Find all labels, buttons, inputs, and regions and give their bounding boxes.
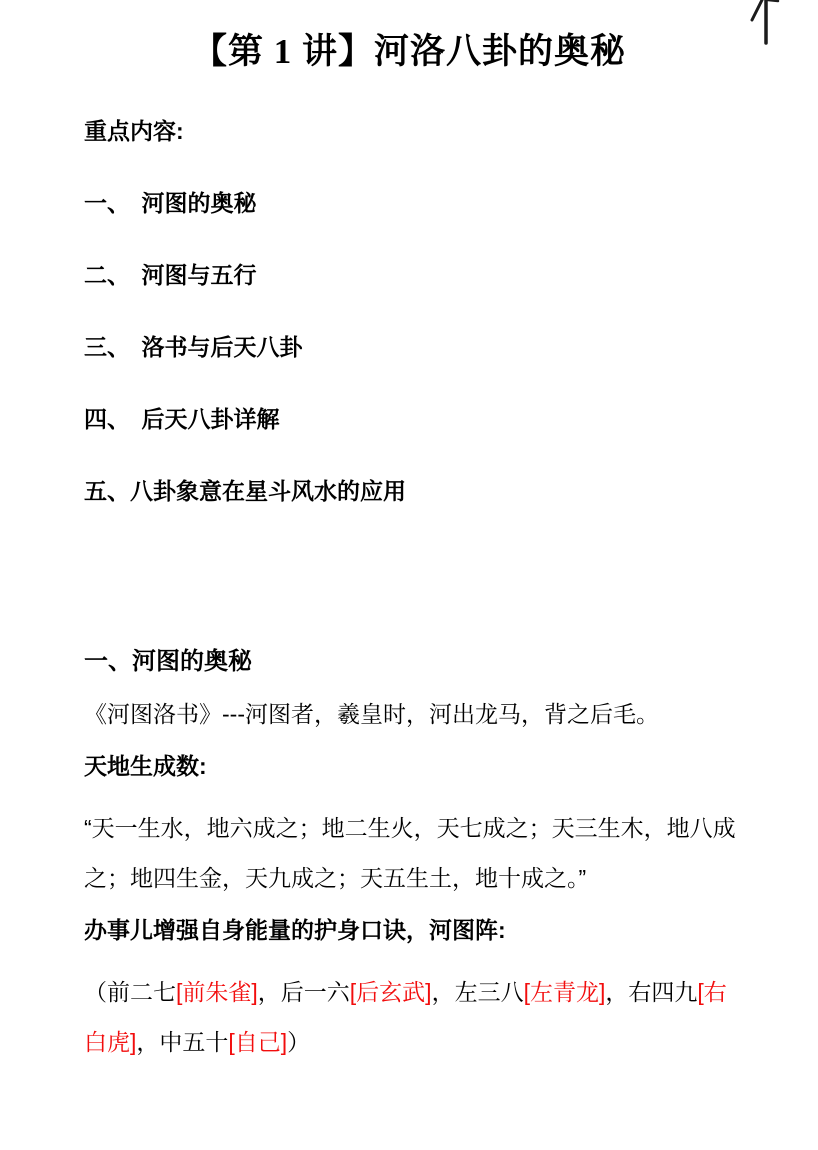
- page-title: 【第 1 讲】河洛八卦的奥秘: [0, 0, 818, 78]
- mantra-segment: ）: [287, 1029, 310, 1055]
- outline-item-5: 五、八卦象意在星斗风水的应用: [84, 477, 736, 505]
- mantra-segment-red: [自己]: [228, 1029, 287, 1055]
- section1-subheading-mantra: 办事儿增强自身能量的护身口诀，河图阵:: [84, 905, 736, 955]
- outline-item-4: 四、 后天八卦详解: [84, 405, 736, 433]
- document-page: 【第 1 讲】河洛八卦的奥秘 重点内容: 一、 河图的奥秘 二、 河图与五行 三…: [0, 0, 818, 1150]
- outline-item-3: 三、 洛书与后天八卦: [84, 333, 736, 361]
- section1-heading: 一、河图的奥秘: [84, 647, 736, 677]
- outline-item-1: 一、 河图的奥秘: [84, 189, 736, 217]
- mantra-segment: ，右四九: [605, 979, 697, 1005]
- mantra-segment: ，中五十: [136, 1029, 228, 1055]
- mantra-segment-red: [后玄武]: [350, 979, 432, 1005]
- section1-quote: “天一生水，地六成之；地二生火，天七成之；天三生木，地八成之；地四生金，天九成之…: [84, 803, 736, 903]
- mantra-segment: ，后一六: [258, 979, 350, 1005]
- mantra-segment-red: [前朱雀]: [176, 979, 258, 1005]
- outline-heading: 重点内容:: [84, 117, 736, 145]
- document-body: 重点内容: 一、 河图的奥秘 二、 河图与五行 三、 洛书与后天八卦 四、 后天…: [0, 117, 818, 1067]
- mantra-segment: ，左三八: [432, 979, 524, 1005]
- mantra-segment-red: [左青龙]: [524, 979, 606, 1005]
- hetu-mantra: （前二七[前朱雀]，后一六[后玄武]，左三八[左青龙]，右四九[右白虎]，中五十…: [84, 967, 736, 1067]
- mantra-segment: （前二七: [84, 979, 176, 1005]
- outline-item-2: 二、 河图与五行: [84, 261, 736, 289]
- section1-intro: 《河图洛书》---河图者，羲皇时，河出龙马，背之后毛。: [84, 689, 736, 739]
- section1-subheading-numbers: 天地生成数:: [84, 741, 736, 791]
